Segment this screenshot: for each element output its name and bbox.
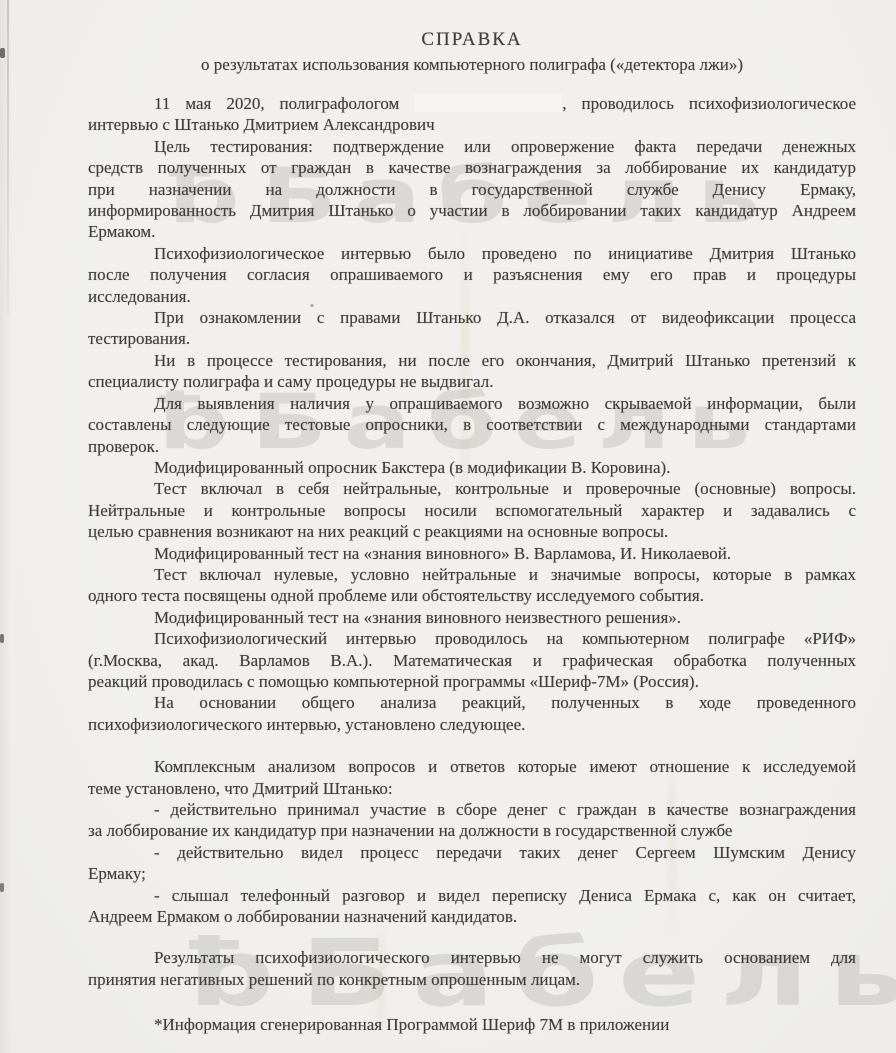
text-line: целью сравнения возникают на них реакций…	[88, 521, 856, 542]
text-line: за лоббирование их кандидатур при назнач…	[88, 820, 856, 841]
text-line: Комплексным анализом вопросов и ответов …	[88, 756, 856, 777]
text-line: составлены следующие тестовые опросники,…	[88, 414, 856, 435]
text-line: интервью с Штанько Дмитрием Александрови…	[88, 114, 856, 135]
intro-paragraph: 11 мая 2020, полиграфологом , проводилос…	[88, 93, 856, 136]
text-line: Модифицированный опросник Бакстера (в мо…	[88, 457, 856, 478]
text-line: 11 мая 2020, полиграфологом , проводилос…	[88, 93, 856, 114]
text-line: теме установлено, что Дмитрий Штанько:	[88, 778, 856, 799]
text-line: тестирования.	[88, 328, 856, 349]
paragraph: Психофизиологический интервью проводилос…	[88, 628, 856, 692]
text-line: проверок.	[88, 436, 856, 457]
text-line: после получения согласия опрашиваемого и…	[88, 264, 856, 285]
document-body: Цель тестирования: подтверждение или опр…	[88, 136, 856, 1036]
paragraph: Тест включал в себя нейтральные, контрол…	[88, 478, 856, 542]
text-line: психофизиологического интервью, установл…	[88, 714, 856, 735]
scan-edge-shade	[0, 0, 12, 1053]
document-subtitle: о результатах использования компьютерног…	[88, 53, 856, 77]
scan-speck	[0, 883, 4, 892]
paragraph: - действительно принимал участие в сборе…	[88, 799, 856, 842]
document-content: СПРАВКА о результатах использования комп…	[88, 28, 856, 1036]
text-line: Ермаком.	[88, 221, 856, 242]
paragraph: Для выявления наличия у опрашиваемого во…	[88, 393, 856, 457]
text-line: Психофизиологическое интервью было прове…	[88, 243, 856, 264]
text-line: На основании общего анализа реакций, пол…	[88, 692, 856, 713]
scan-edge-line	[7, 0, 9, 315]
document-title: СПРАВКА	[88, 28, 856, 52]
intro-text-before: 11 мая 2020, полиграфологом	[154, 94, 399, 113]
text-line: информированность Дмитрия Штанько о учас…	[88, 200, 856, 221]
paragraph: Цель тестирования: подтверждение или опр…	[88, 136, 856, 243]
text-line: средств полученных от граждан в качестве…	[88, 157, 856, 178]
scan-speck	[0, 634, 4, 643]
text-line: - действительно принимал участие в сборе…	[88, 799, 856, 820]
text-line: Тест включал в себя нейтральные, контрол…	[88, 478, 856, 499]
paragraph: - слышал телефонный разговор и видел пер…	[88, 885, 856, 928]
paragraph: - действительно видел процесс передачи т…	[88, 842, 856, 885]
paragraph: Комплексным анализом вопросов и ответов …	[88, 756, 856, 799]
text-line: принятия негативных решений по конкретны…	[88, 969, 856, 990]
paragraph: Модифицированный тест на «знания виновно…	[88, 607, 856, 628]
paragraph: При ознакомлении с правами Штанько Д.А. …	[88, 307, 856, 350]
text-line: при назначении на должности в государств…	[88, 179, 856, 200]
text-line: *Информация сгенерированная Программой Ш…	[88, 1014, 856, 1035]
text-line: Модифицированный тест на «знания виновно…	[88, 607, 856, 628]
text-line: Ни в процессе тестирования, ни после его…	[88, 350, 856, 371]
text-line: - слышал телефонный разговор и видел пер…	[88, 885, 856, 906]
paragraph: Результаты психофизиологического интервь…	[88, 947, 856, 990]
paragraph: Тест включал нулевые, условно нейтральны…	[88, 564, 856, 607]
intro-text-after: , проводилось психофизиологическое	[562, 94, 856, 113]
text-line: Для выявления наличия у опрашиваемого во…	[88, 393, 856, 414]
text-line: Тест включал нулевые, условно нейтральны…	[88, 564, 856, 585]
text-line: Результаты психофизиологического интервь…	[88, 947, 856, 968]
paragraph: Модифицированный опросник Бакстера (в мо…	[88, 457, 856, 478]
scan-speck	[310, 304, 314, 307]
redacted-name-box	[414, 94, 562, 112]
text-line: - действительно видел процесс передачи т…	[88, 842, 856, 863]
text-line: Психофизиологический интервью проводилос…	[88, 628, 856, 649]
text-line: (г.Москва, акад. Варламов В.А.). Математ…	[88, 650, 856, 671]
text-line: Модифицированный тест на «знания виновно…	[88, 543, 856, 564]
text-line: исследования.	[88, 286, 856, 307]
text-line: Цель тестирования: подтверждение или опр…	[88, 136, 856, 157]
text-line: При ознакомлении с правами Штанько Д.А. …	[88, 307, 856, 328]
paragraph: Психофизиологическое интервью было прове…	[88, 243, 856, 307]
text-line: специалисту полиграфа и саму процедуры н…	[88, 371, 856, 392]
paragraph: *Информация сгенерированная Программой Ш…	[88, 1014, 856, 1035]
paragraph: Модифицированный тест на «знания виновно…	[88, 543, 856, 564]
scan-speck	[0, 48, 5, 58]
text-line: Нейтральные и контрольные вопросы носили…	[88, 500, 856, 521]
text-line: реакций проводилась с помощью компьютерн…	[88, 671, 856, 692]
text-line: одного теста посвящены одной проблеме ил…	[88, 585, 856, 606]
paragraph: На основании общего анализа реакций, пол…	[88, 692, 856, 735]
paragraph: Ни в процессе тестирования, ни после его…	[88, 350, 856, 393]
text-line: Ермаку;	[88, 863, 856, 884]
scanned-document-page: ƀБабель ƀБабель ƀБабель СПРАВКА о резуль…	[0, 0, 896, 1053]
text-line: Андреем Ермаком о лоббировании назначени…	[88, 906, 856, 927]
